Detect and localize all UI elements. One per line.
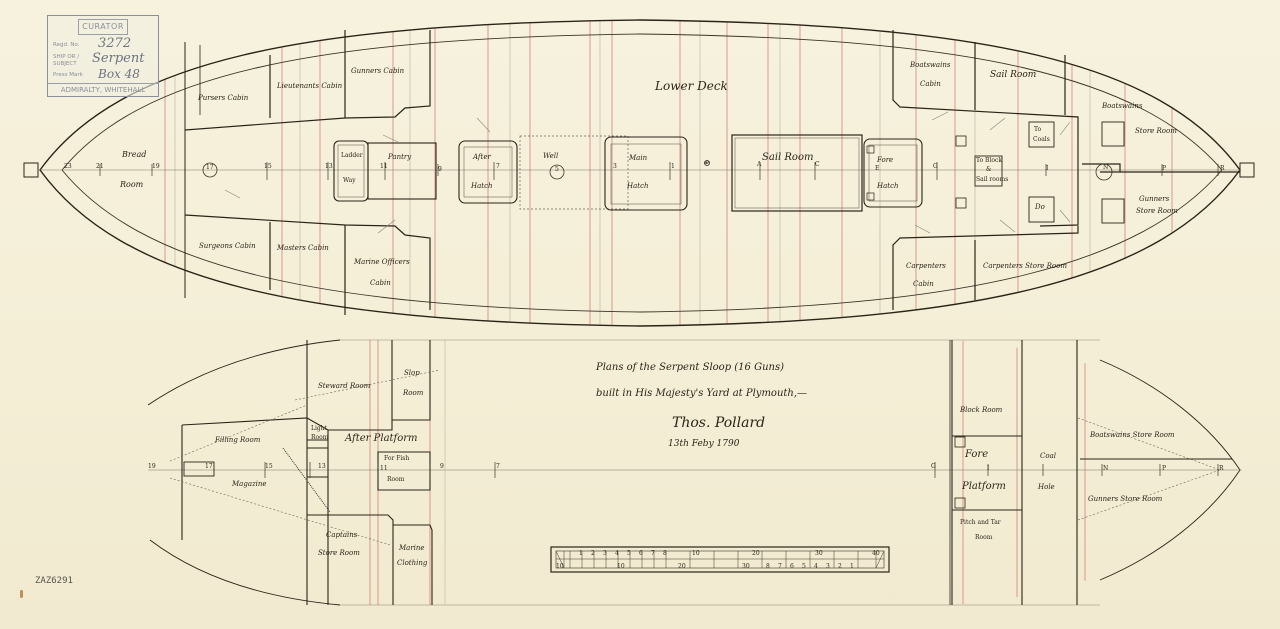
title-line-1: Plans of the Serpent Sloop (16 Guns) xyxy=(596,363,784,373)
masters-cabin-label: Masters Cabin xyxy=(277,245,329,252)
press-mark-value: Box 48 xyxy=(98,67,140,81)
scale-tick-lower: 3 xyxy=(826,564,830,570)
to-coals-label-2: Coals xyxy=(1033,137,1050,143)
to-block-label-1: To Block xyxy=(976,158,1002,164)
marine-officers-label-1: Marine Officers xyxy=(354,259,410,266)
well-label: Well xyxy=(543,153,558,160)
main-hatch-label-1: Main xyxy=(629,155,647,162)
to-coals-label-1: To xyxy=(1034,127,1041,133)
pitch-tar-label-2: Room xyxy=(975,535,992,541)
main-hatch-label-2: Hatch xyxy=(627,183,649,190)
bread-room-label-2: Room xyxy=(120,181,143,189)
platforms-plan xyxy=(148,340,1242,610)
fish-room-label-2: Room xyxy=(387,477,404,483)
fore-hatch-label-2: Hatch xyxy=(877,183,899,190)
archive-reference: ZAZ6291 xyxy=(35,576,73,586)
station-9: 9 xyxy=(438,167,442,173)
press-mark-label: Press Mark xyxy=(53,72,83,78)
boatswains-cabin-label-2: Cabin xyxy=(920,81,941,88)
slop-room-label-1: Slop xyxy=(404,370,420,377)
sail-room-mid-label: Sail Room xyxy=(762,153,813,163)
platform-station-7: 7 xyxy=(496,464,500,470)
station-g: G xyxy=(933,164,938,170)
gunners-store-platform-label: Gunners Store Room xyxy=(1088,496,1162,503)
fore-platform-label-2: Platform xyxy=(962,482,1006,492)
scale-tick-upper: 20 xyxy=(752,551,760,557)
platform-station-g: G xyxy=(931,464,936,470)
ship-value: Serpent xyxy=(92,51,144,66)
scale-tick-lower: 2 xyxy=(838,564,842,570)
carpenters-store-label: Carpenters Store Room xyxy=(983,263,1067,270)
coal-hole-label-2: Hole xyxy=(1038,484,1055,491)
scale-tick-lower: 7 xyxy=(778,564,782,570)
scale-tick-upper: 4 xyxy=(615,551,619,557)
block-room-label: Block Room xyxy=(960,407,1002,414)
after-hatch-label-2: Hatch xyxy=(471,183,493,190)
surgeons-cabin-label: Surgeons Cabin xyxy=(199,243,256,250)
pitch-tar-label-1: Pitch and Tar xyxy=(960,520,1001,526)
station-p: P xyxy=(1162,166,1166,172)
station-1: 1 xyxy=(671,164,675,170)
after-platform-label: After Platform xyxy=(345,434,418,444)
marine-clothing-label-2: Clothing xyxy=(397,560,427,567)
lower-deck-title: Lower Deck xyxy=(655,80,728,92)
scale-tick-upper: 30 xyxy=(815,551,823,557)
gunners-cabin-label: Gunners Cabin xyxy=(351,68,404,75)
station-5: 5 xyxy=(555,167,559,173)
station-13: 13 xyxy=(325,164,333,170)
title-line-2: built in His Majesty's Yard at Plymouth,… xyxy=(596,389,807,399)
scale-tick-upper: 10 xyxy=(692,551,700,557)
scale-tick-upper: 5 xyxy=(627,551,631,557)
scale-tick-lower: 30 xyxy=(742,564,750,570)
station-23: 23 xyxy=(64,164,72,170)
station-19: 19 xyxy=(152,164,160,170)
carpenters-cabin-label-2: Cabin xyxy=(913,281,934,288)
pursers-cabin-label: Pursers Cabin xyxy=(198,95,248,102)
bread-room-label-1: Bread xyxy=(122,151,146,159)
to-block-label-3: Sail rooms xyxy=(976,177,1008,183)
platform-station-r: R xyxy=(1219,466,1224,472)
curator-stamp: CURATOR Regd. No. 3272 SHIP OR / SUBJECT… xyxy=(47,15,159,97)
fore-platform-label-1: Fore xyxy=(965,450,988,460)
platform-station-n: N xyxy=(1103,466,1108,472)
ladder-way-label-2: Way xyxy=(343,178,356,184)
scale-tick-upper: 1 xyxy=(579,551,583,557)
station-e: E xyxy=(875,166,879,172)
platform-station-i: I xyxy=(987,466,989,472)
to-block-label-2: & xyxy=(986,167,991,173)
station-11: 11 xyxy=(380,164,388,170)
boatswains-store-label-1: Boatswains xyxy=(1102,103,1142,110)
signature: Thos. Pollard xyxy=(672,416,765,430)
station-i: I xyxy=(1046,166,1048,172)
fore-hatch-label-1: Fore xyxy=(877,157,893,164)
after-hatch-label-1: After xyxy=(473,154,491,161)
ditto-label: Do xyxy=(1035,204,1045,211)
scale-tick-upper: 7 xyxy=(651,551,655,557)
platform-station-15: 15 xyxy=(265,464,273,470)
scale-tick-lower: 1 xyxy=(850,564,854,570)
platform-station-11: 11 xyxy=(380,466,388,472)
stamp-header: CURATOR xyxy=(78,19,128,35)
fish-room-label-1: For Fish xyxy=(384,456,409,462)
scale-tick-lower: 5 xyxy=(802,564,806,570)
marine-officers-label-2: Cabin xyxy=(370,280,391,287)
scale-tick-lower: 4 xyxy=(814,564,818,570)
light-room-label-1: Light xyxy=(311,426,327,432)
regd-no-value: 3272 xyxy=(98,36,131,51)
scale-tick-lower: 10 xyxy=(617,564,625,570)
boatswains-store-label-2: Store Room xyxy=(1135,128,1177,135)
scale-tick-lower: 6 xyxy=(790,564,794,570)
ship-label: SHIP OR / SUBJECT xyxy=(53,54,87,68)
station-3: 3 xyxy=(613,164,617,170)
ship-plan-drawing xyxy=(0,0,1280,629)
station-r: R xyxy=(1220,166,1225,172)
carpenters-cabin-label-1: Carpenters xyxy=(906,263,946,270)
station-midship: ⊕ xyxy=(704,160,709,166)
scale-tick-upper: 6 xyxy=(639,551,643,557)
ladder-way-label-1: Ladder xyxy=(341,153,363,159)
scale-tick-lower: 8 xyxy=(766,564,770,570)
signature-date: 13th Feby 1790 xyxy=(668,440,739,449)
station-15: 15 xyxy=(264,164,272,170)
filling-room-label: Filling Room xyxy=(215,437,260,444)
platform-station-9: 9 xyxy=(440,464,444,470)
sail-room-fwd-label: Sail Room xyxy=(990,71,1036,80)
station-n: N xyxy=(1103,165,1108,171)
station-c: C xyxy=(815,162,820,168)
boatswains-cabin-label-1: Boatswains xyxy=(910,62,950,69)
slop-room-label-2: Room xyxy=(403,390,423,397)
platform-station-13: 13 xyxy=(318,464,326,470)
scale-tick-upper: 40 xyxy=(872,551,880,557)
steward-room-label: Steward Room xyxy=(318,383,370,390)
coal-hole-label-1: Coal xyxy=(1040,453,1056,460)
gunners-store-label-1: Gunners xyxy=(1139,196,1169,203)
scale-tick-upper: 2 xyxy=(591,551,595,557)
captains-store-label-2: Store Room xyxy=(318,550,360,557)
pantry-label: Pantry xyxy=(388,154,411,161)
scale-tick-upper: 3 xyxy=(603,551,607,557)
stamp-footer: ADMIRALTY, WHITEHALL xyxy=(48,83,158,94)
marine-clothing-label-1: Marine xyxy=(399,545,425,552)
regd-no-label: Regd. No. xyxy=(53,42,80,48)
scale-tick-lower: 20 xyxy=(678,564,686,570)
platform-station-19: 19 xyxy=(148,464,156,470)
gunners-store-label-2: Store Room xyxy=(1136,208,1178,215)
paper-stain xyxy=(20,590,23,598)
plan-sheet: CURATOR Regd. No. 3272 SHIP OR / SUBJECT… xyxy=(0,0,1280,629)
station-21: 21 xyxy=(96,164,104,170)
station-17: 17 xyxy=(206,165,214,171)
station-7: 7 xyxy=(496,164,500,170)
platform-station-p: P xyxy=(1162,466,1166,472)
scale-tick-lower: 10 xyxy=(556,564,564,570)
scale-tick-upper: 8 xyxy=(663,551,667,557)
station-a: A xyxy=(757,162,761,168)
captains-store-label-1: Captains xyxy=(326,532,357,539)
light-room-label-2: Room xyxy=(311,435,328,441)
magazine-label: Magazine xyxy=(232,481,267,488)
boatswains-store-platform-label: Boatswains Store Room xyxy=(1090,432,1175,439)
platform-station-17: 17 xyxy=(205,464,213,470)
lieutenants-cabin-label: Lieutenants Cabin xyxy=(277,83,342,90)
